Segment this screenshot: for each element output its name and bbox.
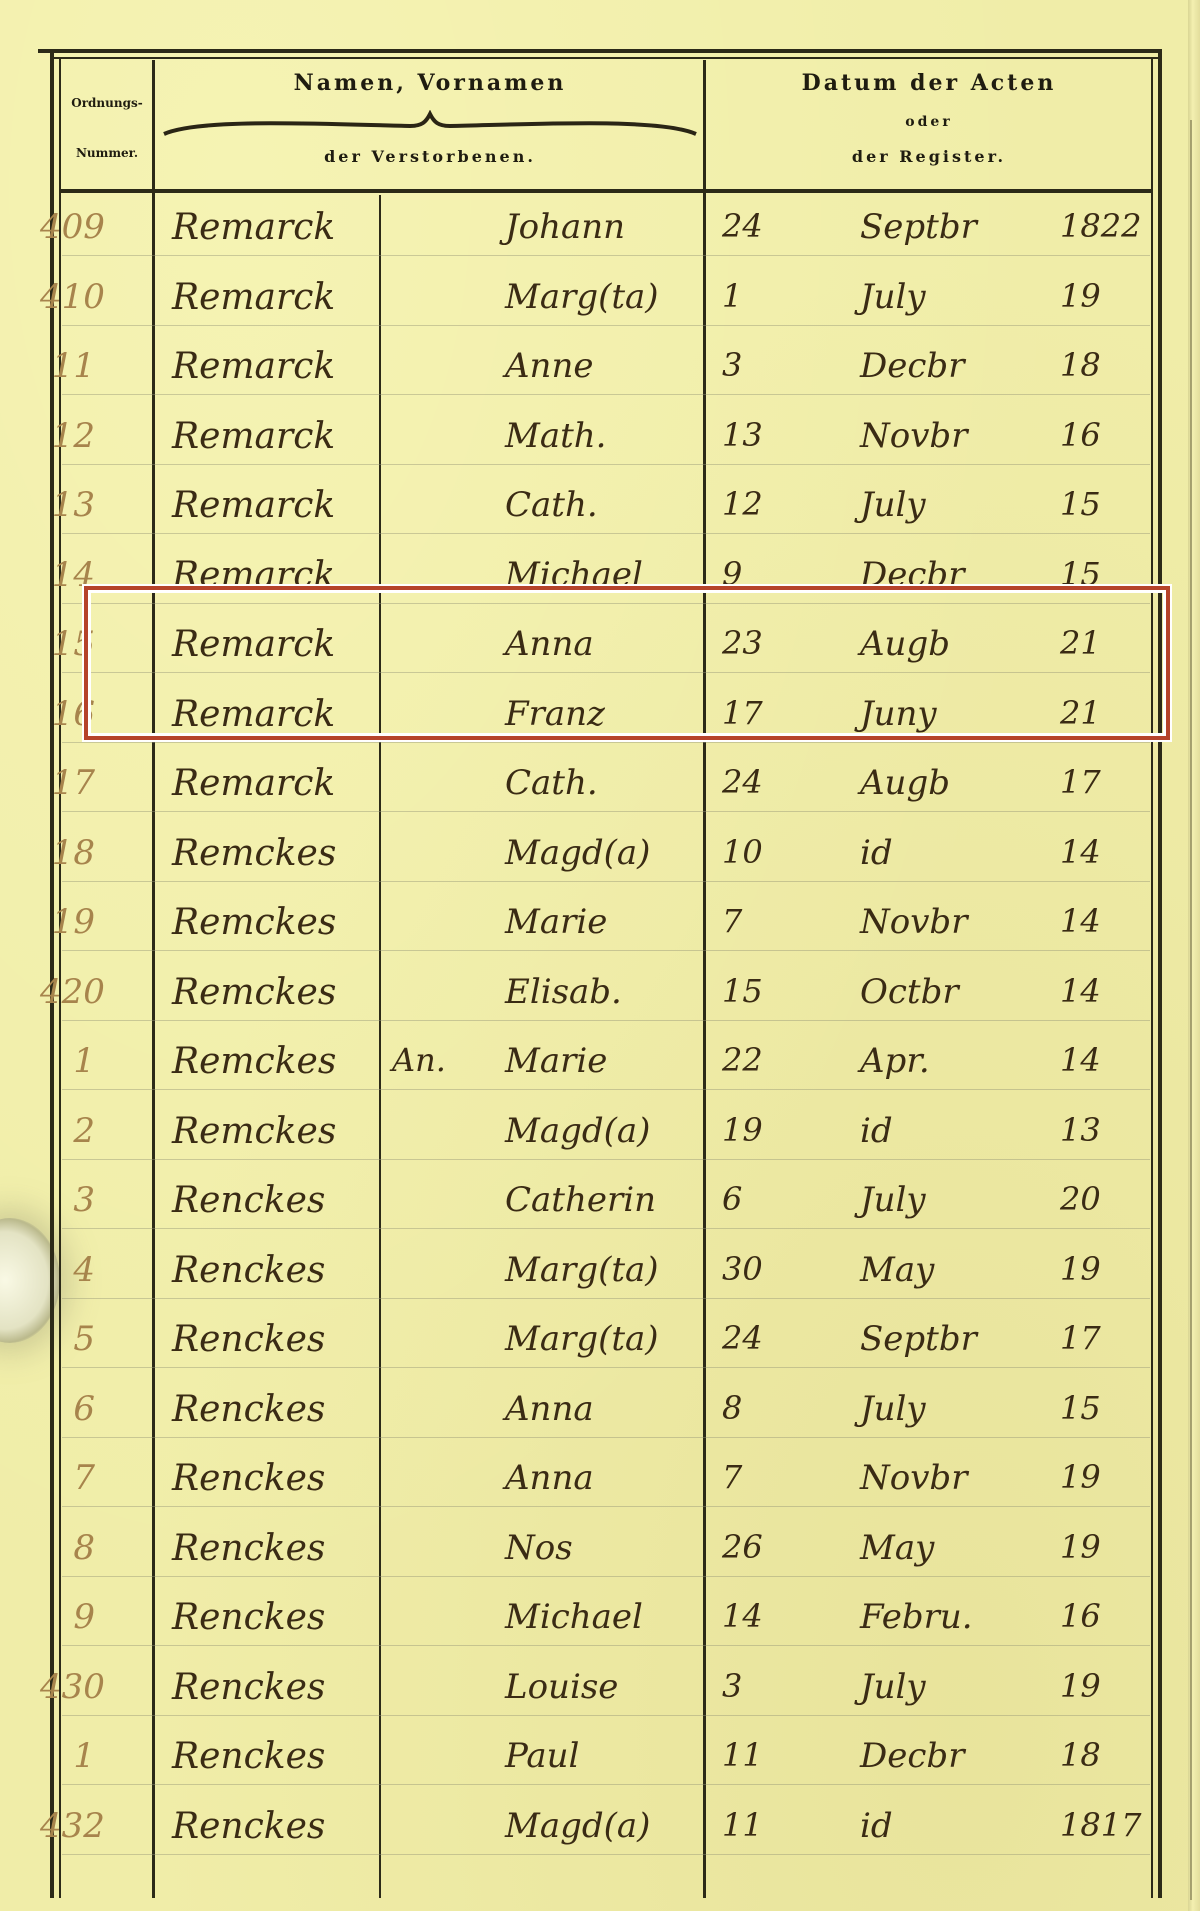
death-day: 26 xyxy=(722,1528,763,1566)
death-day: 6 xyxy=(722,1180,742,1218)
death-year: 19 xyxy=(1060,1458,1101,1496)
given-name: Michael xyxy=(505,1597,643,1637)
death-month: Decbr xyxy=(860,346,964,386)
surname: Renckes xyxy=(172,1458,325,1499)
death-month: July xyxy=(860,1180,926,1220)
death-month: July xyxy=(860,485,926,525)
row-number: 7 xyxy=(40,1458,95,1498)
given-name: Marg(ta) xyxy=(505,1250,659,1290)
given-name: Cath. xyxy=(505,763,598,803)
right-border-outer xyxy=(1158,50,1162,1898)
death-year: 20 xyxy=(1060,1180,1101,1218)
highlight-box xyxy=(84,586,1170,740)
surname: Remarck xyxy=(172,346,335,387)
death-year: 16 xyxy=(1060,416,1101,454)
row-rule xyxy=(62,1089,1150,1090)
death-year: 16 xyxy=(1060,1597,1101,1635)
death-year: 18 xyxy=(1060,1736,1101,1774)
row-rule xyxy=(62,255,1150,256)
surname: Renckes xyxy=(172,1667,325,1708)
row-rule xyxy=(62,1437,1150,1438)
surname: Remarck xyxy=(172,763,335,804)
death-month: Augb xyxy=(860,763,950,803)
death-year: 1817 xyxy=(1060,1806,1141,1844)
right-border-inner xyxy=(1151,58,1153,1898)
given-name: Louise xyxy=(505,1667,618,1707)
death-year: 14 xyxy=(1060,833,1101,871)
row-rule xyxy=(62,1228,1150,1229)
given-name: Math. xyxy=(505,416,606,456)
death-month: id xyxy=(860,1806,893,1846)
death-month: Febru. xyxy=(860,1597,973,1637)
row-rule xyxy=(62,1784,1150,1785)
given-name: Marie xyxy=(505,1041,607,1081)
row-rule xyxy=(62,811,1150,812)
row-number: 410 xyxy=(40,277,95,317)
given-name: Paul xyxy=(505,1736,579,1776)
surname: Renckes xyxy=(172,1806,325,1847)
death-month: July xyxy=(860,1667,926,1707)
surname: Renckes xyxy=(172,1250,325,1291)
header-number-line2: Nummer. xyxy=(62,146,152,160)
surname: Remckes xyxy=(172,833,336,874)
death-month: May xyxy=(860,1528,934,1568)
death-year: 14 xyxy=(1060,902,1101,940)
surname: Remarck xyxy=(172,277,335,318)
death-month: Decbr xyxy=(860,1736,964,1776)
death-day: 30 xyxy=(722,1250,763,1288)
column-divider-date xyxy=(703,60,706,1898)
row-rule xyxy=(62,1645,1150,1646)
header-names-line2: der Verstorbenen. xyxy=(160,147,700,166)
death-year: 19 xyxy=(1060,1667,1101,1705)
header-names-line1: Namen, Vornamen xyxy=(160,70,700,96)
surname: Renckes xyxy=(172,1180,325,1221)
surname: Remckes xyxy=(172,1041,336,1082)
given-name: Catherin xyxy=(505,1180,656,1220)
death-month: id xyxy=(860,1111,893,1151)
row-rule xyxy=(62,742,1150,743)
death-day: 19 xyxy=(722,1111,763,1149)
death-year: 19 xyxy=(1060,277,1101,315)
header-brace-icon xyxy=(160,110,700,140)
death-day: 24 xyxy=(722,763,763,801)
death-day: 3 xyxy=(722,1667,742,1705)
surname: Renckes xyxy=(172,1319,325,1360)
row-number: 2 xyxy=(40,1111,95,1151)
row-number: 6 xyxy=(40,1389,95,1429)
row-number: 18 xyxy=(40,833,95,873)
row-number: 4 xyxy=(40,1250,95,1290)
death-month: Novbr xyxy=(860,1458,967,1498)
row-rule xyxy=(62,533,1150,534)
death-month: id xyxy=(860,833,893,873)
row-rule xyxy=(62,1020,1150,1021)
top-border-outer xyxy=(38,49,1162,53)
row-rule xyxy=(62,1715,1150,1716)
row-number: 409 xyxy=(40,207,95,247)
given-name: Magd(a) xyxy=(505,1111,650,1151)
death-month: Septbr xyxy=(860,207,977,247)
top-border-inner xyxy=(50,57,1160,59)
given-name: Marg(ta) xyxy=(505,277,659,317)
death-day: 12 xyxy=(722,485,763,523)
death-year: 14 xyxy=(1060,972,1101,1010)
given-name: Anne xyxy=(505,346,593,386)
row-number: 420 xyxy=(40,972,95,1012)
surname: Renckes xyxy=(172,1389,325,1430)
row-rule xyxy=(62,881,1150,882)
row-number: 13 xyxy=(40,485,95,525)
death-day: 7 xyxy=(722,902,742,940)
death-day: 11 xyxy=(722,1806,763,1844)
death-day: 3 xyxy=(722,346,742,384)
death-year: 19 xyxy=(1060,1250,1101,1288)
row-rule xyxy=(62,1576,1150,1577)
header-bottom-rule xyxy=(60,189,1153,193)
given-name: Anna xyxy=(505,1389,594,1429)
death-year: 1822 xyxy=(1060,207,1141,245)
death-day: 14 xyxy=(722,1597,763,1635)
row-number: 11 xyxy=(40,346,95,386)
given-name: Magd(a) xyxy=(505,1806,650,1846)
column-divider-number xyxy=(152,60,155,1898)
death-day: 7 xyxy=(722,1458,742,1496)
death-month: Apr. xyxy=(860,1041,930,1081)
death-year: 15 xyxy=(1060,1389,1101,1427)
death-month: Septbr xyxy=(860,1319,977,1359)
death-year: 14 xyxy=(1060,1041,1101,1079)
register-page: Ordnungs- Nummer. Namen, Vornamen der Ve… xyxy=(0,0,1200,1911)
surname: Remarck xyxy=(172,416,335,457)
row-number: 12 xyxy=(40,416,95,456)
death-day: 24 xyxy=(722,1319,763,1357)
death-day: 22 xyxy=(722,1041,763,1079)
surname: Renckes xyxy=(172,1597,325,1638)
surname: Renckes xyxy=(172,1736,325,1777)
adjacent-page-border xyxy=(1190,120,1192,1900)
row-rule xyxy=(62,1367,1150,1368)
given-name: Anna xyxy=(505,1458,594,1498)
given-name: Elisab. xyxy=(505,972,622,1012)
surname: Renckes xyxy=(172,1528,325,1569)
header-date-line3: der Register. xyxy=(706,147,1152,166)
death-day: 15 xyxy=(722,972,763,1010)
death-month: Novbr xyxy=(860,416,967,456)
row-rule xyxy=(62,1854,1150,1855)
row-number: 9 xyxy=(40,1597,95,1637)
death-day: 10 xyxy=(722,833,763,871)
header-number-line1: Ordnungs- xyxy=(62,96,152,110)
surname: Remckes xyxy=(172,972,336,1013)
row-rule xyxy=(62,394,1150,395)
row-rule xyxy=(62,1298,1150,1299)
header-date-line2: oder xyxy=(706,114,1152,130)
given-name: Nos xyxy=(505,1528,573,1568)
given-name: Marg(ta) xyxy=(505,1319,659,1359)
death-year: 17 xyxy=(1060,763,1101,801)
row-number: 17 xyxy=(40,763,95,803)
surname: Remarck xyxy=(172,485,335,526)
death-year: 13 xyxy=(1060,1111,1101,1149)
death-month: Novbr xyxy=(860,902,967,942)
row-rule xyxy=(62,950,1150,951)
surname: Remckes xyxy=(172,902,336,943)
row-number: 5 xyxy=(40,1319,95,1359)
death-day: 13 xyxy=(722,416,763,454)
row-number: 3 xyxy=(40,1180,95,1220)
death-month: Octbr xyxy=(860,972,959,1012)
death-month: July xyxy=(860,277,926,317)
row-number: 8 xyxy=(40,1528,95,1568)
given-name: Johann xyxy=(505,207,625,247)
row-rule xyxy=(62,1506,1150,1507)
death-day: 8 xyxy=(722,1389,742,1427)
annotation: An. xyxy=(392,1041,446,1079)
header-date-line1: Datum der Acten xyxy=(706,70,1152,96)
given-name: Magd(a) xyxy=(505,833,650,873)
row-number: 1 xyxy=(40,1041,95,1081)
death-month: July xyxy=(860,1389,926,1429)
given-name: Cath. xyxy=(505,485,598,525)
surname: Remckes xyxy=(172,1111,336,1152)
death-day: 11 xyxy=(722,1736,763,1774)
given-name: Marie xyxy=(505,902,607,942)
row-rule xyxy=(62,464,1150,465)
column-divider-surname xyxy=(379,195,381,1898)
row-number: 432 xyxy=(40,1806,95,1846)
death-day: 24 xyxy=(722,207,763,245)
row-number: 19 xyxy=(40,902,95,942)
death-year: 15 xyxy=(1060,485,1101,523)
death-year: 19 xyxy=(1060,1528,1101,1566)
row-rule xyxy=(62,1159,1150,1160)
surname: Remarck xyxy=(172,207,335,248)
row-number: 430 xyxy=(40,1667,95,1707)
row-rule xyxy=(62,325,1150,326)
row-number: 1 xyxy=(40,1736,95,1776)
death-year: 17 xyxy=(1060,1319,1101,1357)
death-year: 18 xyxy=(1060,346,1101,384)
death-day: 1 xyxy=(722,277,742,315)
death-month: May xyxy=(860,1250,934,1290)
